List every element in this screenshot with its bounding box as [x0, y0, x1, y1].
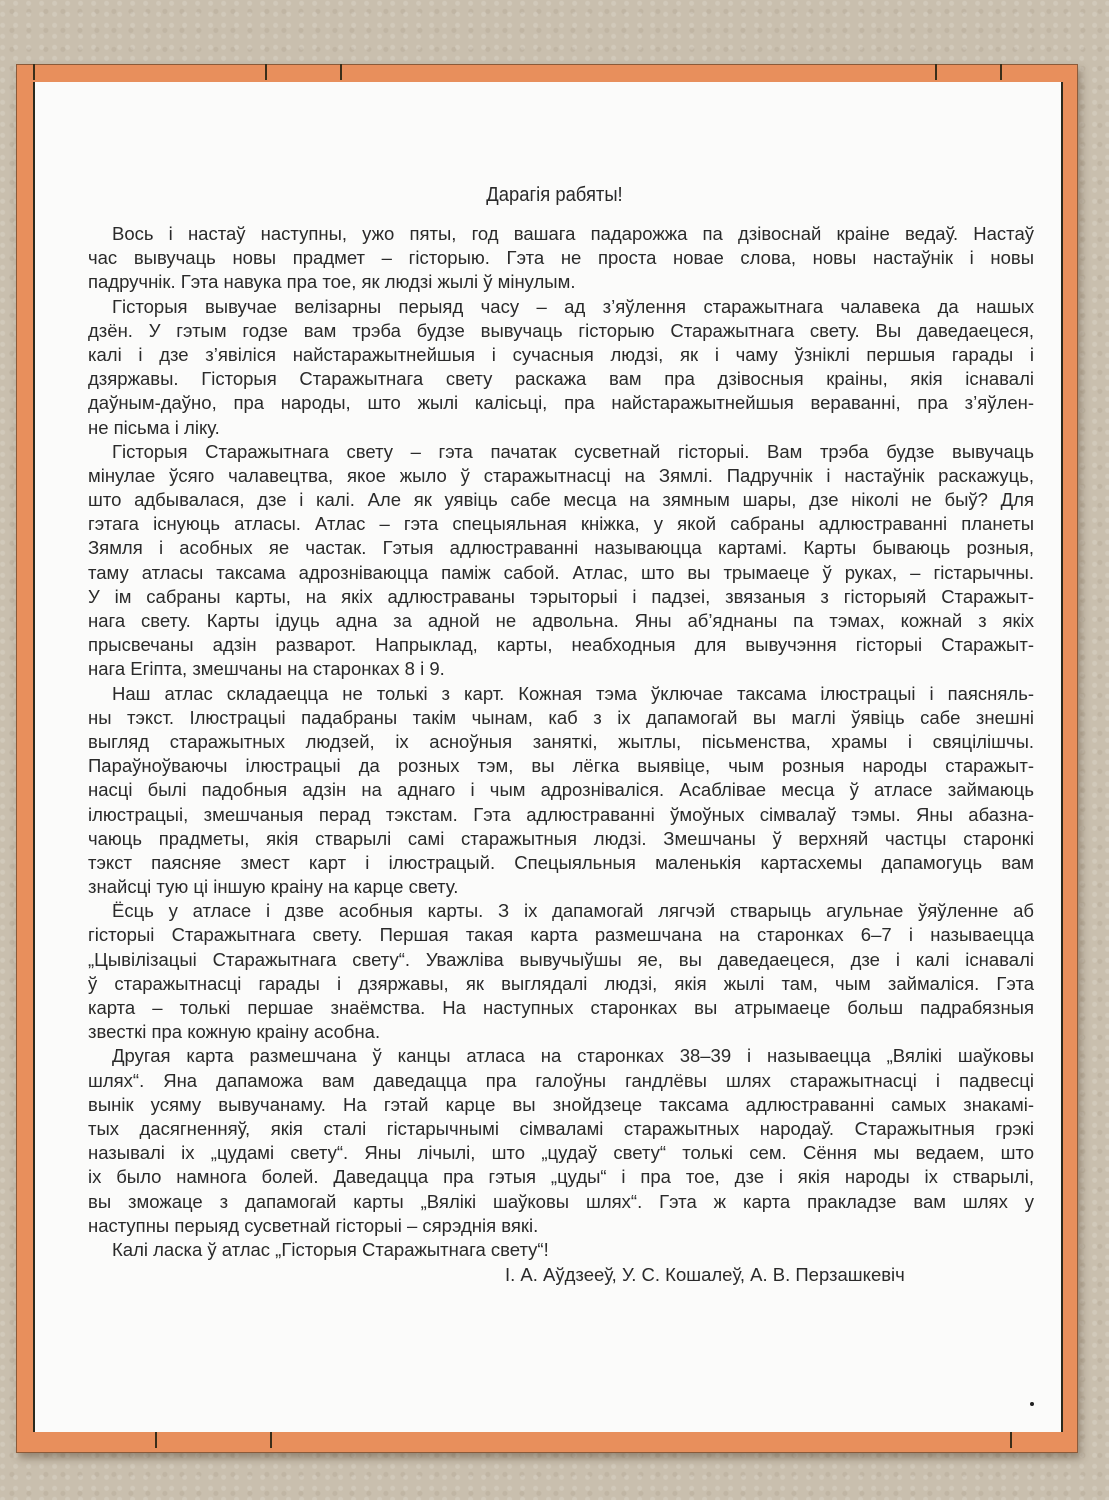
text-line: выгляд старажытных людзей, іх асноўныя з…	[88, 730, 1034, 754]
text-line: дзяржавы. Гісторыя Старажытнага свету ра…	[88, 367, 1034, 391]
paragraph: Ёсць у атласе і дзве асобныя карты. З іх…	[88, 899, 1034, 1044]
frame-crack	[340, 64, 342, 80]
text-line: Зямля і асобных яе частак. Гэтыя адлюстр…	[88, 536, 1034, 560]
text-line: Параўноўваючы ілюстрацыі да розных тэм, …	[88, 754, 1034, 778]
text-line: У ім сабраны карты, на якіх адлюстраваны…	[88, 585, 1034, 609]
text-line: тых дасягненняў, якія сталі гістарычнымі…	[88, 1117, 1034, 1141]
text-line: што адбывалася, дзе і калі. Але як уявіц…	[88, 488, 1034, 512]
text-line: шлях“. Яна дапаможа вам даведацца пра га…	[88, 1069, 1034, 1093]
text-line: чаюць прадметы, якія стварылі самі стара…	[88, 827, 1034, 851]
authors-signature: І. А. Аўдзееў, У. С. Кошалеў, А. В. Перз…	[505, 1264, 905, 1286]
text-line: Вось і настаў наступны, ужо пяты, год ва…	[88, 222, 1034, 246]
page-title: Дарагія рабяты!	[44, 184, 1064, 207]
text-line: Другая карта размешчана ў канцы атласа н…	[88, 1044, 1034, 1068]
text-line: карта – толькі першае знаёмства. На наст…	[88, 996, 1034, 1020]
text-line: прысвечаны адзін разварот. Напрыклад, ка…	[88, 633, 1034, 657]
frame-crack	[33, 64, 35, 80]
paragraph: Наш атлас складаецца не толькі з карт. К…	[88, 682, 1034, 900]
text-line: наступны перыяд сусветнай гісторыі – сяр…	[88, 1214, 1034, 1238]
paragraph: Другая карта размешчана ў канцы атласа н…	[88, 1044, 1034, 1238]
text-line: Наш атлас складаецца не толькі з карт. К…	[88, 682, 1034, 706]
text-line: даўным-даўно, пра народы, што жылі каліс…	[88, 391, 1034, 415]
paragraph: Гісторыя Старажытнага свету – гэта пачат…	[88, 440, 1034, 682]
text-line: мінулае ўсяго чалавецтва, якое жыло ў ст…	[88, 464, 1034, 488]
text-line: не пісьма і ліку.	[88, 416, 1034, 440]
text-line: дзён. У гэтым годзе вам трэба будзе выву…	[88, 319, 1034, 343]
text-line: падручнік. Гэта навука пра тое, як людзі…	[88, 270, 1034, 294]
frame-crack	[1010, 1432, 1012, 1448]
text-line: гісторыі Старажытнага свету. Першая така…	[88, 923, 1034, 947]
text-line: называлі іх „цудамі свету“. Яны лічылі, …	[88, 1141, 1034, 1165]
text-line: ны тэкст. Ілюстрацыі падабраны такім чын…	[88, 706, 1034, 730]
text-line: Гісторыя Старажытнага свету – гэта пачат…	[88, 440, 1034, 464]
frame-crack	[1000, 64, 1002, 80]
text-line: знайсці тую ці іншую краіну на карце све…	[88, 875, 1034, 899]
text-line: звесткі пра кожную краіну асобна.	[88, 1020, 1034, 1044]
print-speck	[1030, 1402, 1034, 1406]
frame-crack	[155, 1432, 157, 1448]
frame-crack	[270, 1432, 272, 1448]
text-line: час вывучаць новы прадмет – гісторыю. Гэ…	[88, 246, 1034, 270]
letter-body: Вось і настаў наступны, ужо пяты, год ва…	[88, 222, 1034, 1262]
text-line: іх было намнога болей. Даведацца пра гэт…	[88, 1165, 1034, 1189]
text-line: „Цывілізацыі Старажытнага свету“. Уважлі…	[88, 948, 1034, 972]
text-line: вы зможаце з дапамогай карты „Вялікі шаў…	[88, 1190, 1034, 1214]
text-line: насці былі падобныя адзін на аднаго і чы…	[88, 778, 1034, 802]
paragraph: Гісторыя вывучае велізарны перыяд часу –…	[88, 295, 1034, 440]
frame-crack	[265, 64, 267, 80]
text-line: нага Егіпта, змешчаны на старонках 8 і 9…	[88, 657, 1034, 681]
text-line: Калі ласка ў атлас „Гісторыя Старажытнаг…	[88, 1238, 1034, 1262]
text-line: таму атласы таксама адрозніваюцца паміж …	[88, 561, 1034, 585]
text-line: тэкст паясняе змест карт і ілюстрацый. С…	[88, 851, 1034, 875]
text-line: ілюстрацыі, змешчаныя перад тэкстам. Гэт…	[88, 803, 1034, 827]
text-line: ў старажытнасці гарады і дзяржавы, як вы…	[88, 972, 1034, 996]
text-line: Ёсць у атласе і дзве асобныя карты. З іх…	[88, 899, 1034, 923]
text-line: гэтага існуюць атласы. Атлас – гэта спец…	[88, 512, 1034, 536]
text-line: вынік усяму вывучанаму. На гэтай карце в…	[88, 1093, 1034, 1117]
paragraph: Калі ласка ў атлас „Гісторыя Старажытнаг…	[88, 1238, 1034, 1262]
text-line: нага свету. Карты ідуць адна за адной не…	[88, 609, 1034, 633]
text-line: калі і дзе з’явіліся найстаражытнейшыя і…	[88, 343, 1034, 367]
paragraph: Вось і настаў наступны, ужо пяты, год ва…	[88, 222, 1034, 295]
frame-crack	[935, 64, 937, 80]
text-line: Гісторыя вывучае велізарны перыяд часу –…	[88, 295, 1034, 319]
